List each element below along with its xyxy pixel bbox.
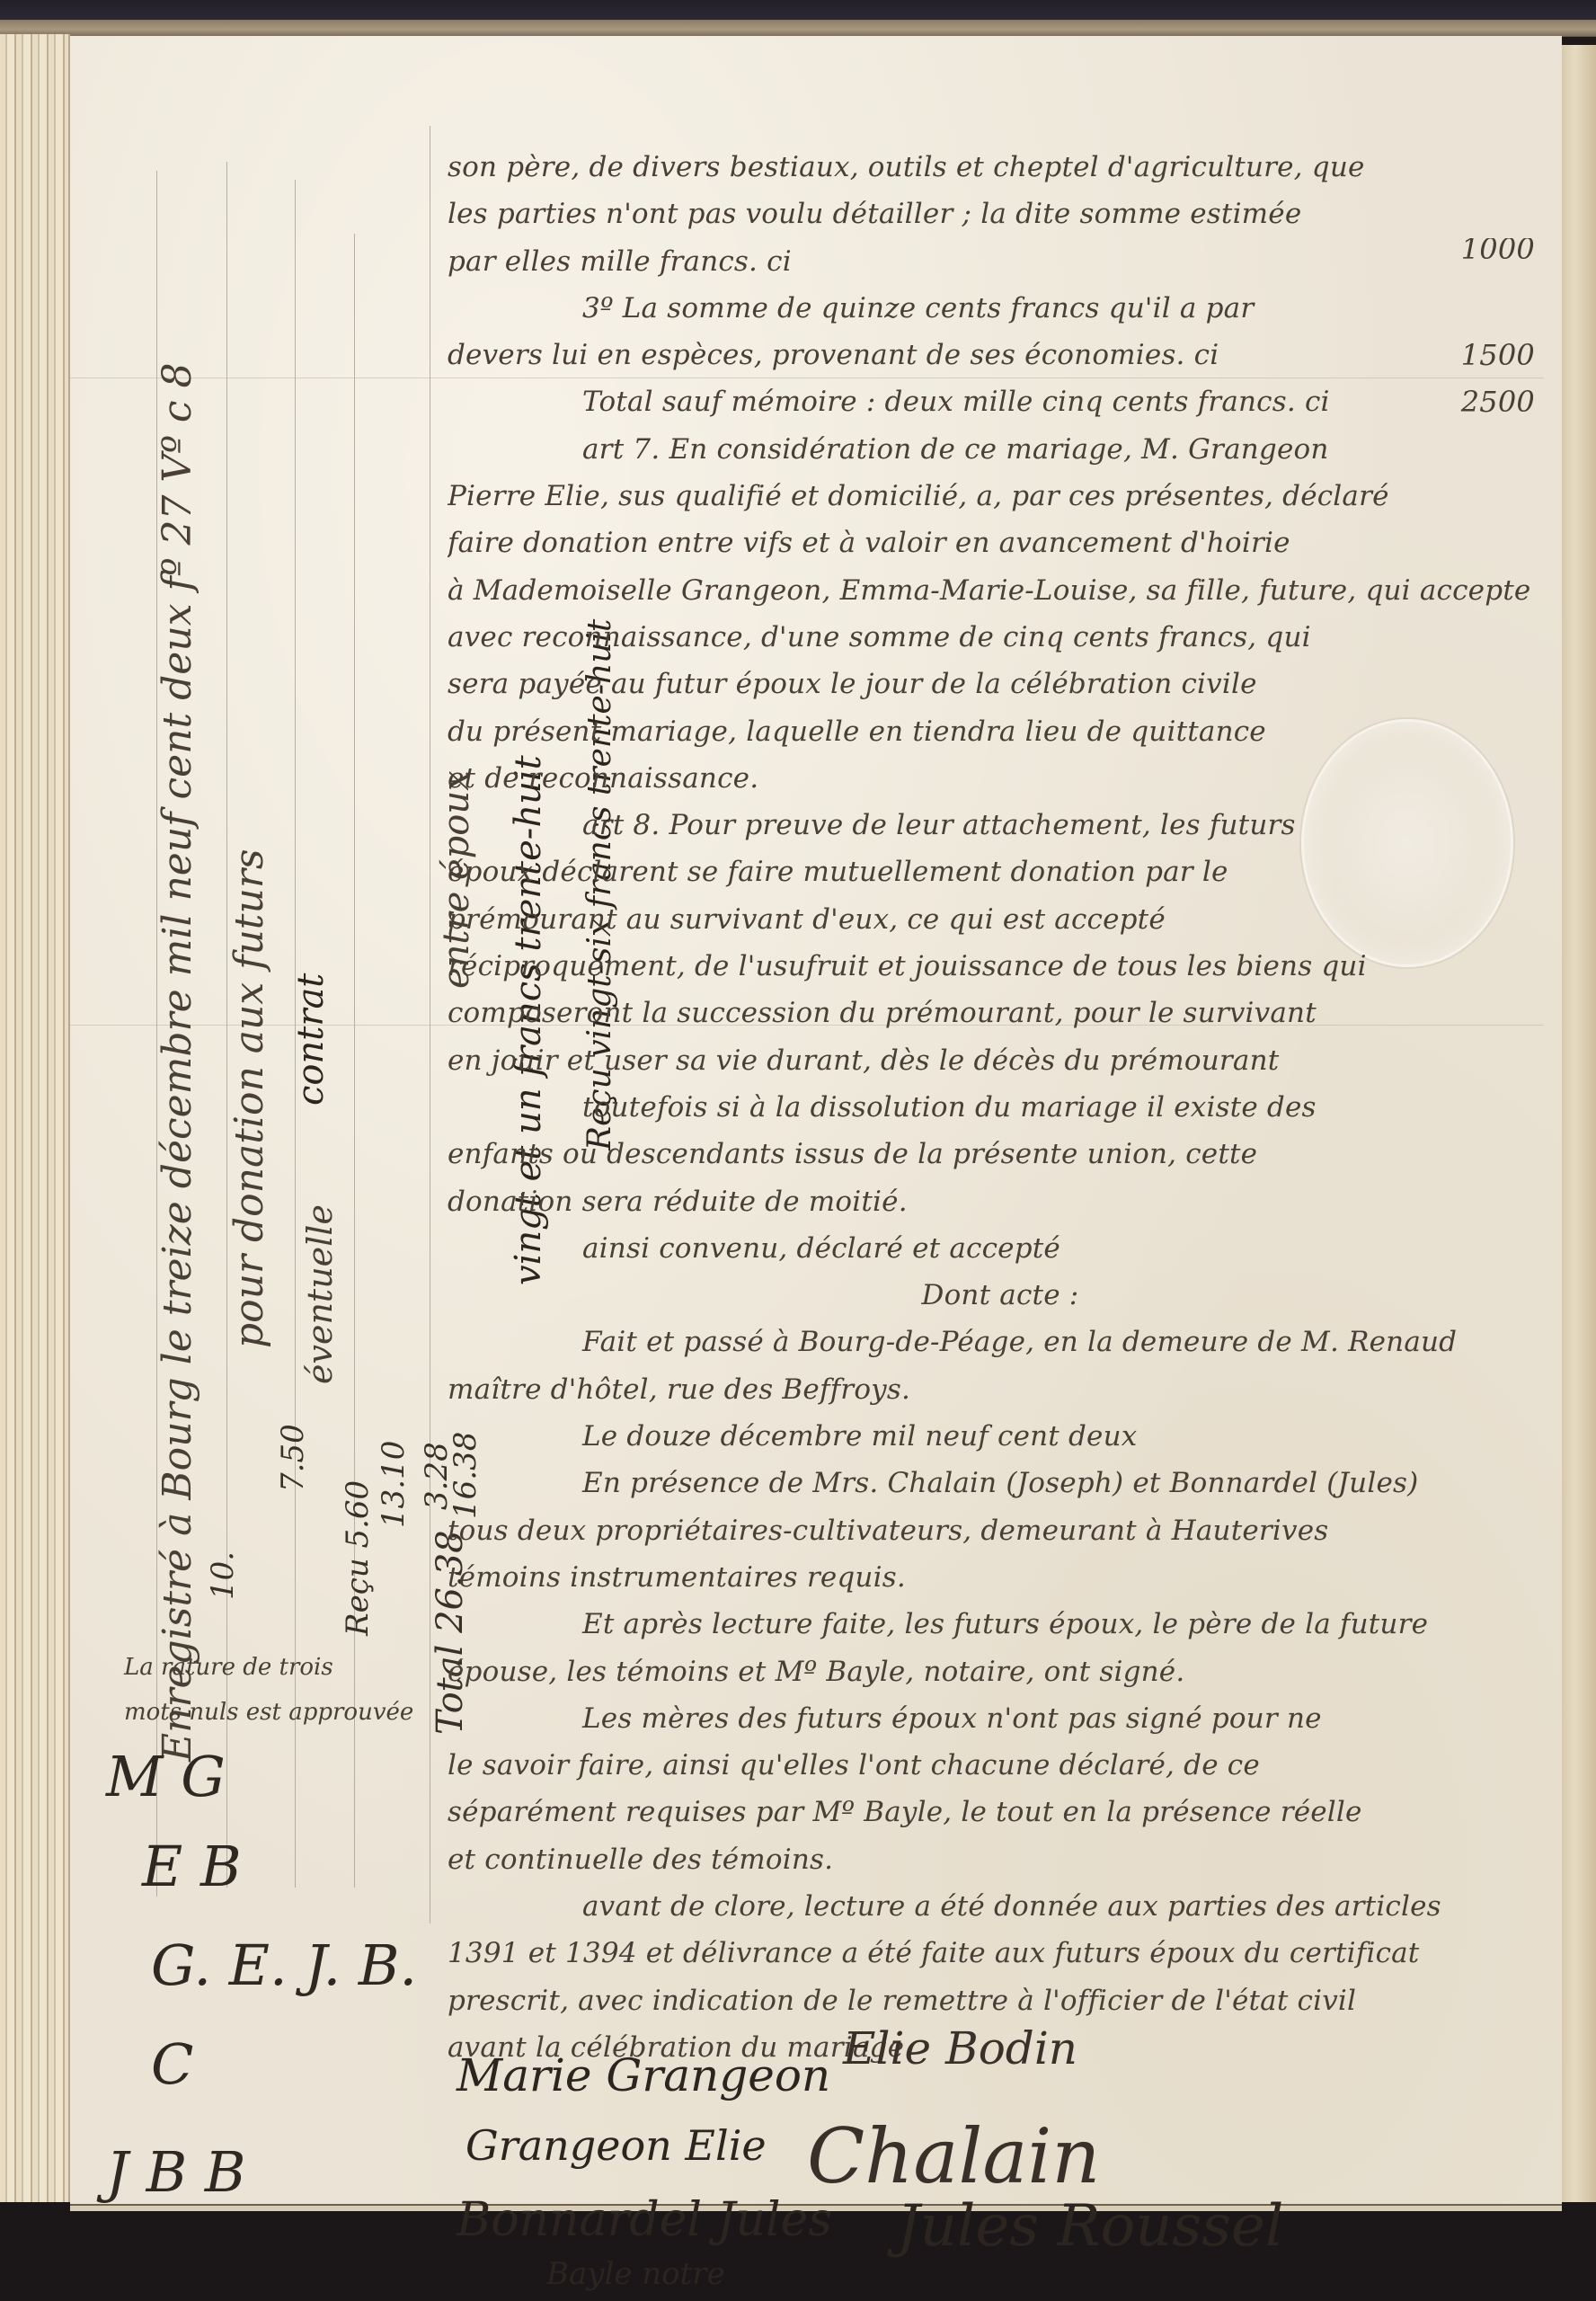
- body-line: faire donation entre vifs et à valoir en…: [448, 520, 1553, 566]
- body-line: 3º La somme de quinze cents francs qu'il…: [448, 285, 1553, 332]
- margin-registration-line-2: pour donation aux futurs: [223, 849, 277, 1348]
- body-line: art 7. En considération de ce mariage, M…: [448, 426, 1553, 473]
- amount-1000: 1000: [1461, 238, 1535, 272]
- signature-bonnardel-jules: Bonnardel Jules: [457, 2193, 832, 2247]
- body-line-text: par elles mille francs. ci: [448, 245, 792, 278]
- margin-initials-3: G. E. J. B.: [151, 1932, 417, 1998]
- body-line: séparément requises par Mº Bayle, le tou…: [448, 1789, 1553, 1835]
- signature-chalain: Chalain: [807, 2112, 1100, 2200]
- margin-registration-line-3: éventuelle: [293, 1204, 347, 1384]
- body-line: époux déclarent se faire mutuellement do…: [448, 848, 1553, 895]
- book-page-stack-left: [0, 34, 70, 2272]
- margin-approval-line-1: La rature de trois: [124, 1654, 333, 1681]
- body-line: devers lui en espèces, provenant de ses …: [448, 332, 1553, 378]
- amount-1500: 1500: [1461, 332, 1535, 378]
- body-line: Total sauf mémoire : deux mille cinq cen…: [448, 378, 1553, 425]
- body-line: enfants ou descendants issus de la prése…: [448, 1131, 1553, 1177]
- signature-grangeon-elie: Grangeon Elie: [465, 2121, 767, 2170]
- signature-marie-grangeon: Marie Grangeon: [457, 2049, 830, 2101]
- margin-approval-line-2: mots nuls est approuvée: [124, 1699, 413, 1726]
- margin-registration-line-4: contrat: [284, 973, 338, 1106]
- amount-2500: 2500: [1461, 378, 1535, 425]
- dont-acte-heading: Dont acte :: [448, 1272, 1553, 1319]
- body-line: et continuelle des témoins.: [448, 1836, 1553, 1883]
- body-line: sera payée au futur époux le jour de la …: [448, 661, 1553, 707]
- margin-total-d: 13.10: [376, 1441, 412, 1528]
- margin-total-c: Reçu 5.60: [340, 1480, 376, 1636]
- margin-initials-5: J B B: [106, 2139, 245, 2205]
- margin-registration-line-1: Enregistré à Bourg le treize décembre mi…: [151, 90, 205, 1762]
- body-line: témoins instrumentaires requis.: [448, 1554, 1553, 1601]
- body-line: En présence de Mrs. Chalain (Joseph) et …: [448, 1460, 1553, 1506]
- body-line: et de reconnaissance.: [448, 755, 1553, 802]
- book-page-edge-right: [1558, 45, 1596, 2238]
- margin-initials-4: C: [151, 2031, 193, 2097]
- margin-total-b: 7.50: [275, 1424, 311, 1492]
- body-line: avant de clore, lecture a été donnée aux…: [448, 1883, 1553, 1930]
- body-line: donation sera réduite de moitié.: [448, 1178, 1553, 1225]
- body-line-date: Le douze décembre mil neuf cent deux: [448, 1413, 1553, 1460]
- book-page-edge-top: [0, 20, 1596, 37]
- body-line: prescrit, avec indication de le remettre…: [448, 1977, 1553, 2024]
- margin-initials-1: M G: [106, 1744, 226, 1809]
- body-line: 1391 et 1394 et délivrance a été faite a…: [448, 1930, 1553, 1977]
- body-line: à Mademoiselle Grangeon, Emma-Marie-Loui…: [448, 567, 1553, 614]
- signature-bayle-notaire: Bayle notre: [546, 2256, 725, 2292]
- body-line: du présent mariage, laquelle en tiendra …: [448, 708, 1553, 755]
- body-line: Pierre Elie, sus qualifié et domicilié, …: [448, 473, 1553, 520]
- body-line-text: devers lui en espèces, provenant de ses …: [448, 339, 1219, 371]
- margin-initials-2: E B: [142, 1834, 242, 1899]
- body-line: son père, de divers bestiaux, outils et …: [448, 144, 1553, 191]
- body-line: avec reconnaissance, d'une somme de cinq…: [448, 614, 1553, 661]
- contract-body: son père, de divers bestiaux, outils et …: [448, 144, 1553, 2071]
- body-line-text: Total sauf mémoire : deux mille cinq cen…: [582, 386, 1330, 418]
- margin-rule: [354, 234, 355, 1888]
- body-line: Et après lecture faite, les futurs époux…: [448, 1601, 1553, 1648]
- body-line: le savoir faire, ainsi qu'elles l'ont ch…: [448, 1742, 1553, 1789]
- body-line: réciproquement, de l'usufruit et jouissa…: [448, 943, 1553, 990]
- body-line: composeront la succession du prémourant,…: [448, 990, 1553, 1036]
- body-line: par elles mille francs. ci 1000: [448, 238, 1553, 285]
- body-line: les parties n'ont pas voulu détailler ; …: [448, 191, 1553, 237]
- body-line: ainsi convenu, déclaré et accepté: [448, 1225, 1553, 1272]
- signature-jules-roussel: Jules Roussel: [897, 2193, 1283, 2260]
- body-line: prémourant au survivant d'eux, ce qui es…: [448, 896, 1553, 943]
- body-line: en jouir et user sa vie durant, dès le d…: [448, 1037, 1553, 1084]
- body-line: épouse, les témoins et Mº Bayle, notaire…: [448, 1648, 1553, 1695]
- body-line: art 8. Pour preuve de leur attachement, …: [448, 802, 1553, 848]
- register-page: Enregistré à Bourg le treize décembre mi…: [70, 36, 1562, 2211]
- body-line: Fait et passé à Bourg-de-Péage, en la de…: [448, 1319, 1553, 1365]
- body-line: maître d'hôtel, rue des Beffroys.: [448, 1366, 1553, 1413]
- body-line: Les mères des futurs époux n'ont pas sig…: [448, 1695, 1553, 1742]
- signature-elie-bodin: Elie Bodin: [843, 2022, 1077, 2074]
- body-line: toutefois si à la dissolution du mariage…: [448, 1084, 1553, 1131]
- body-line: tous deux propriétaires-cultivateurs, de…: [448, 1507, 1553, 1554]
- margin-total-a: 10.: [205, 1551, 241, 1600]
